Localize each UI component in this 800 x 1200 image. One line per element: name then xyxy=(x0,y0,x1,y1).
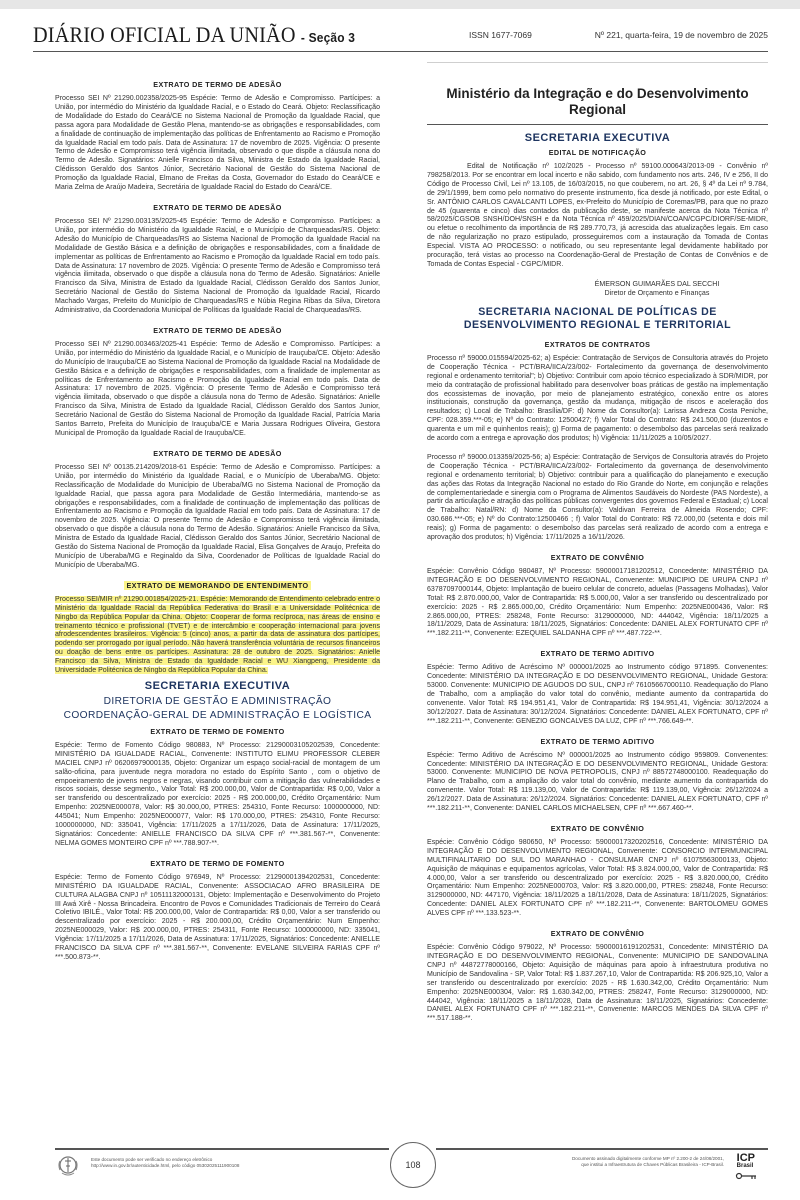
extract-text: Processo SEI Nº 21290.003463/2025-41 Esp… xyxy=(55,341,380,439)
footer-divider xyxy=(436,1148,768,1150)
extract-title: EXTRATO DE CONVÊNIO xyxy=(427,929,768,938)
subsection-heading: DIRETORIA DE GESTÃO E ADMINISTRAÇÃO xyxy=(55,696,380,707)
left-column: EXTRATO DE TERMO DE ADESÃO Processo SEI … xyxy=(55,80,380,973)
edital-text: Edital de Notificação nº 102/2025 - Proc… xyxy=(427,163,768,270)
extract-title: EXTRATO DE TERMO DE FOMENTO xyxy=(55,859,380,868)
divider xyxy=(427,62,768,63)
extract-text: Espécie: Termo Aditivo de Acréscimo Nº 0… xyxy=(427,752,768,814)
icp-brasil-logo: ICP Brasil xyxy=(731,1153,765,1181)
top-bar xyxy=(0,0,800,9)
footer-signature: Documento assinado digitalmente conforme… xyxy=(440,1153,768,1183)
section-label: - Seção 3 xyxy=(301,30,355,45)
extract-text: Espécie: Convênio Código 979022, Nº Proc… xyxy=(427,944,768,1024)
extract-text: Processo SEI Nº 00135.214209/2018-61 Esp… xyxy=(55,464,380,571)
extract-title: EXTRATO DE TERMO DE ADESÃO xyxy=(55,80,380,89)
extract-block: EXTRATO DE TERMO DE ADESÃO Processo SEI … xyxy=(55,449,380,571)
ministry-heading: Ministério da Integração e do Desenvolvi… xyxy=(427,80,768,125)
extract-title: EDITAL DE NOTIFICAÇÃO xyxy=(427,148,768,157)
footer-divider xyxy=(55,1148,389,1150)
contract-text: Processo nº 59000.013359/2025-56; a) Esp… xyxy=(427,454,768,543)
extract-text: Espécie: Termo Aditivo de Acréscimo Nº 0… xyxy=(427,664,768,726)
contract-text: Processo nº 59000.015594/2025-62; a) Esp… xyxy=(427,355,768,444)
extract-block: EXTRATO DE TERMO DE ADESÃO Processo SEI … xyxy=(55,326,380,439)
extract-block: EXTRATO DE TERMO ADITIVO Espécie: Termo … xyxy=(427,737,768,814)
extract-block: EXTRATO DE TERMO ADITIVO Espécie: Termo … xyxy=(427,649,768,726)
extract-block: EXTRATO DE TERMO DE FOMENTO Espécie: Ter… xyxy=(55,859,380,963)
memorandum-block: EXTRATO DE MEMORANDO DE ENTENDIMENTO Pro… xyxy=(55,581,380,676)
masthead: DIÁRIO OFICIAL DA UNIÃO - Seção 3 ISSN 1… xyxy=(33,22,768,52)
memorandum-title: EXTRATO DE MEMORANDO DE ENTENDIMENTO xyxy=(124,581,310,590)
extract-block: EXTRATO DE TERMO DE FOMENTO Espécie: Ter… xyxy=(55,727,380,849)
extract-title: EXTRATO DE TERMO ADITIVO xyxy=(427,737,768,746)
icp-logo-subtext: Brasil xyxy=(737,1163,755,1170)
section-heading: SECRETARIA EXECUTIVA xyxy=(427,132,768,144)
issn: ISSN 1677-7069 xyxy=(469,30,532,40)
coat-of-arms-icon xyxy=(57,1153,79,1177)
extract-text: Espécie: Termo de Fomento Código 980883,… xyxy=(55,742,380,849)
extract-block: EXTRATO DE CONVÊNIO Espécie: Convênio Có… xyxy=(427,553,768,639)
extract-block: EXTRATO DE CONVÊNIO Espécie: Convênio Có… xyxy=(427,824,768,919)
extract-title: EXTRATO DE CONVÊNIO xyxy=(427,553,768,562)
right-column: Ministério da Integração e do Desenvolvi… xyxy=(427,80,768,1034)
extract-title: EXTRATO DE TERMO ADITIVO xyxy=(427,649,768,658)
footer-verification: Este documento pode ser verificado no en… xyxy=(55,1153,385,1183)
verification-url[interactable]: http://www.in.gov.br/autenticidade.html,… xyxy=(91,1163,239,1169)
extract-title: EXTRATO DE TERMO DE ADESÃO xyxy=(55,449,380,458)
extract-block: EXTRATO DE TERMO DE ADESÃO Processo SEI … xyxy=(55,80,380,193)
extract-title: EXTRATO DE TERMO DE ADESÃO xyxy=(55,203,380,212)
publication-title: DIÁRIO OFICIAL DA UNIÃO - Seção 3 xyxy=(33,22,355,48)
key-icon xyxy=(735,1172,757,1180)
signature: ÉMERSON GUIMARÃES DAL SECCHI Diretor de … xyxy=(557,280,757,298)
extract-title: EXTRATO DE TERMO DE FOMENTO xyxy=(55,727,380,736)
extract-block: EXTRATO DE CONVÊNIO Espécie: Convênio Có… xyxy=(427,929,768,1024)
extract-text: Espécie: Convênio Código 980487, Nº Proc… xyxy=(427,568,768,639)
extract-text: Espécie: Convênio Código 980650, Nº Proc… xyxy=(427,839,768,919)
memorandum-text: Processo SEI/MIR nº 21290.001854/2025-21… xyxy=(55,596,380,674)
page-number: 108 xyxy=(390,1142,436,1188)
section-heading: SECRETARIA NACIONAL DE POLÍTICAS DE DESE… xyxy=(427,306,768,332)
extract-text: Processo SEI Nº 21290.002358/2025-95 Esp… xyxy=(55,95,380,193)
issue-date: Nº 221, quarta-feira, 19 de novembro de … xyxy=(595,30,768,40)
subsection-heading: COORDENAÇÃO-GERAL DE ADMINISTRAÇÃO E LOG… xyxy=(55,710,380,721)
extract-text: Processo SEI Nº 21290.003135/2025-45 Esp… xyxy=(55,218,380,316)
title-text: DIÁRIO OFICIAL DA UNIÃO xyxy=(33,22,296,47)
extract-title: EXTRATO DE CONVÊNIO xyxy=(427,824,768,833)
extract-title: EXTRATOS DE CONTRATOS xyxy=(427,340,768,349)
extract-title: EXTRATO DE TERMO DE ADESÃO xyxy=(55,326,380,335)
extract-block: EXTRATO DE TERMO DE ADESÃO Processo SEI … xyxy=(55,203,380,316)
signer-name: ÉMERSON GUIMARÃES DAL SECCHI xyxy=(557,280,757,289)
extract-text: Espécie: Termo de Fomento Código 976949,… xyxy=(55,874,380,963)
section-heading: SECRETARIA EXECUTIVA xyxy=(55,680,380,692)
digital-signature-text: que institui a Infraestrutura de Chaves … xyxy=(572,1162,724,1168)
signer-role: Diretor de Orçamento e Finanças xyxy=(557,289,757,298)
